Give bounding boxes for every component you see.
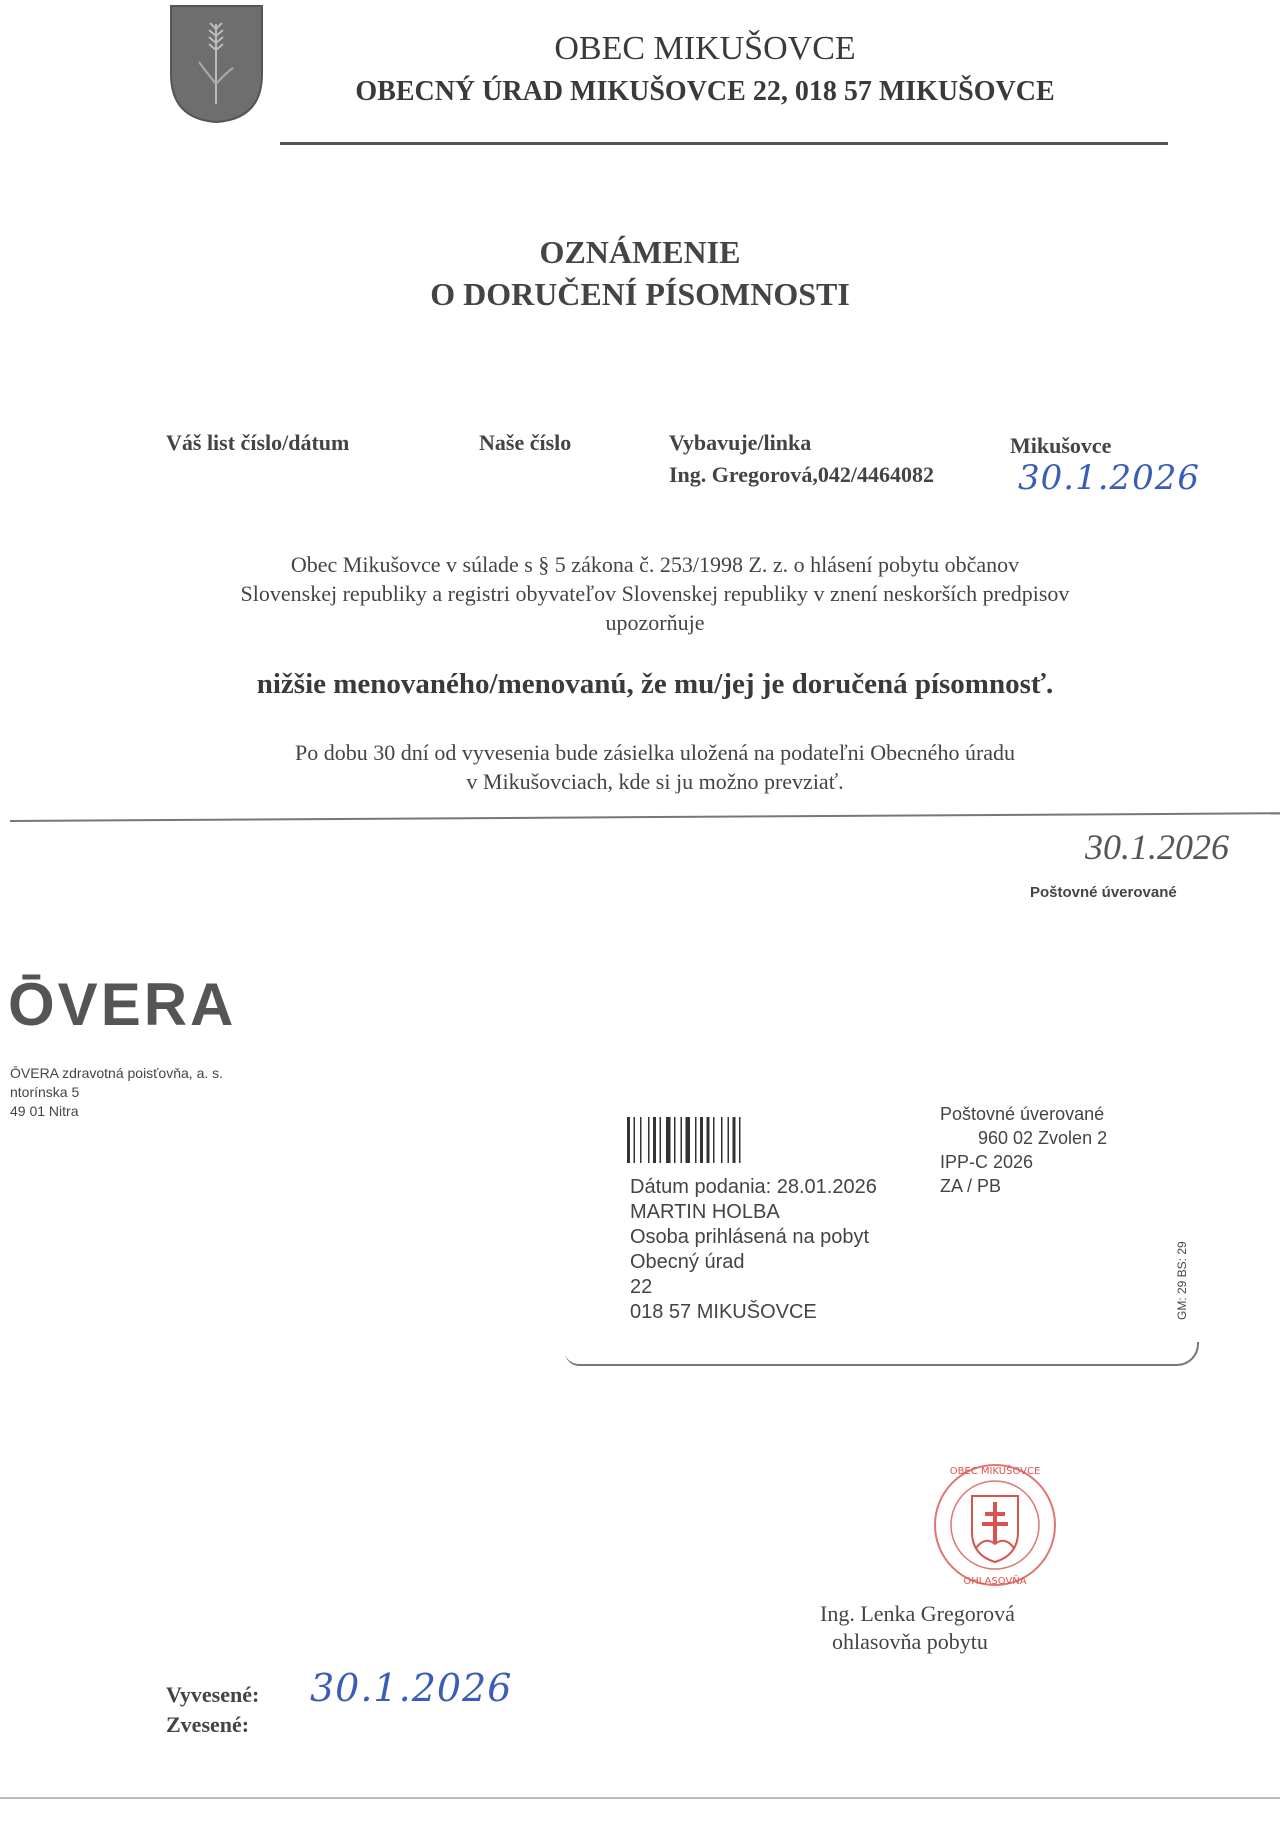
- official-stamp-icon: OBEC MIKUŠOVCE OHLASOVŇA: [930, 1460, 1060, 1590]
- notice-paragraph: Po dobu 30 dní od vyvesenia bude zásielk…: [150, 738, 1160, 796]
- posting-block: Vyvesené: Zvesené:: [166, 1680, 259, 1740]
- recipient-line: 22: [630, 1275, 877, 1300]
- sender-line: ntorínska 5: [10, 1083, 223, 1102]
- postage-box-line: 960 02 Zvolen 2: [940, 1126, 1107, 1150]
- svg-text:OHLASOVŇA: OHLASOVŇA: [963, 1574, 1026, 1587]
- barcode-icon: [627, 1117, 773, 1163]
- envelope-divider: [10, 812, 1280, 822]
- svg-text:OBEC MIKUŠOVCE: OBEC MIKUŠOVCE: [950, 1464, 1041, 1477]
- envelope-codes: GM: 29 BS: 29: [1175, 1241, 1189, 1320]
- sender-address: ŌVERA zdravotná poisťovňa, a. s. ntoríns…: [10, 1064, 223, 1121]
- postage-box-line: Poštovné úverované: [940, 1102, 1107, 1126]
- signatory-name: Ing. Lenka Gregorová: [820, 1600, 1015, 1628]
- posted-date: 30.1.2026: [310, 1666, 512, 1710]
- notice-line: Po dobu 30 dní od vyvesenia bude zásielk…: [150, 738, 1160, 767]
- page-bottom-edge: [0, 1797, 1280, 1799]
- posted-label: Vyvesené:: [166, 1680, 259, 1710]
- header-divider: [280, 142, 1168, 145]
- sender-logo: ŌVERA: [8, 970, 236, 1039]
- handled-by-label: Vybavuje/linka: [669, 430, 811, 456]
- postage-box-line: ZA / PB: [940, 1174, 1107, 1198]
- signatory: Ing. Lenka Gregorová ohlasovňa pobytu: [820, 1600, 1015, 1656]
- signatory-role: ohlasovňa pobytu: [820, 1628, 1015, 1656]
- handled-by-value: Ing. Gregorová,042/4464082: [669, 462, 934, 488]
- office-address: OBECNÝ ÚRAD MIKUŠOVCE 22, 018 57 MIKUŠOV…: [0, 76, 1280, 108]
- removed-label: Zvesené:: [166, 1710, 259, 1740]
- envelope-handwritten-date: 30.1.2026: [1085, 826, 1229, 868]
- our-number-label: Naše číslo: [479, 430, 571, 456]
- recipient-line: Obecný úrad: [630, 1250, 877, 1275]
- document-title: OZNÁMENIE: [0, 234, 1280, 271]
- postage-box-line: IPP-C 2026: [940, 1150, 1107, 1174]
- sender-line: 49 01 Nitra: [10, 1102, 223, 1121]
- notice-line: v Mikušovciach, kde si ju možno prevziať…: [150, 767, 1160, 796]
- your-letter-label: Váš list číslo/dátum: [166, 430, 349, 456]
- recipient-line: Osoba prihlásená na pobyt: [630, 1225, 877, 1250]
- submission-date: Dátum podania: 28.01.2026: [630, 1175, 877, 1200]
- sender-line: ŌVERA zdravotná poisťovňa, a. s.: [10, 1064, 223, 1083]
- notice-emphasis: nižšie menovaného/menovanú, že mu/jej je…: [150, 668, 1160, 701]
- municipality-name: OBEC MIKUŠOVCE: [0, 30, 1280, 68]
- intro-paragraph: Obec Mikušovce v súlade s § 5 zákona č. …: [150, 550, 1160, 637]
- place-label: Mikušovce: [1010, 433, 1111, 459]
- postage-box: Poštovné úverované 960 02 Zvolen 2 IPP-C…: [940, 1102, 1107, 1198]
- handwritten-date: 30.1.2026: [1018, 458, 1200, 498]
- document-subtitle: O DORUČENÍ PÍSOMNOSTI: [0, 276, 1280, 313]
- intro-line: upozorňuje: [150, 608, 1160, 637]
- intro-line: Obec Mikušovce v súlade s § 5 zákona č. …: [150, 550, 1160, 579]
- recipient-address: Dátum podania: 28.01.2026 MARTIN HOLBA O…: [630, 1175, 877, 1325]
- envelope-edge: [565, 1342, 1199, 1366]
- postage-label: Poštovné úverované: [1030, 884, 1177, 901]
- recipient-line: 018 57 MIKUŠOVCE: [630, 1300, 877, 1325]
- recipient-line: MARTIN HOLBA: [630, 1200, 877, 1225]
- intro-line: Slovenskej republiky a registri obyvateľ…: [150, 579, 1160, 608]
